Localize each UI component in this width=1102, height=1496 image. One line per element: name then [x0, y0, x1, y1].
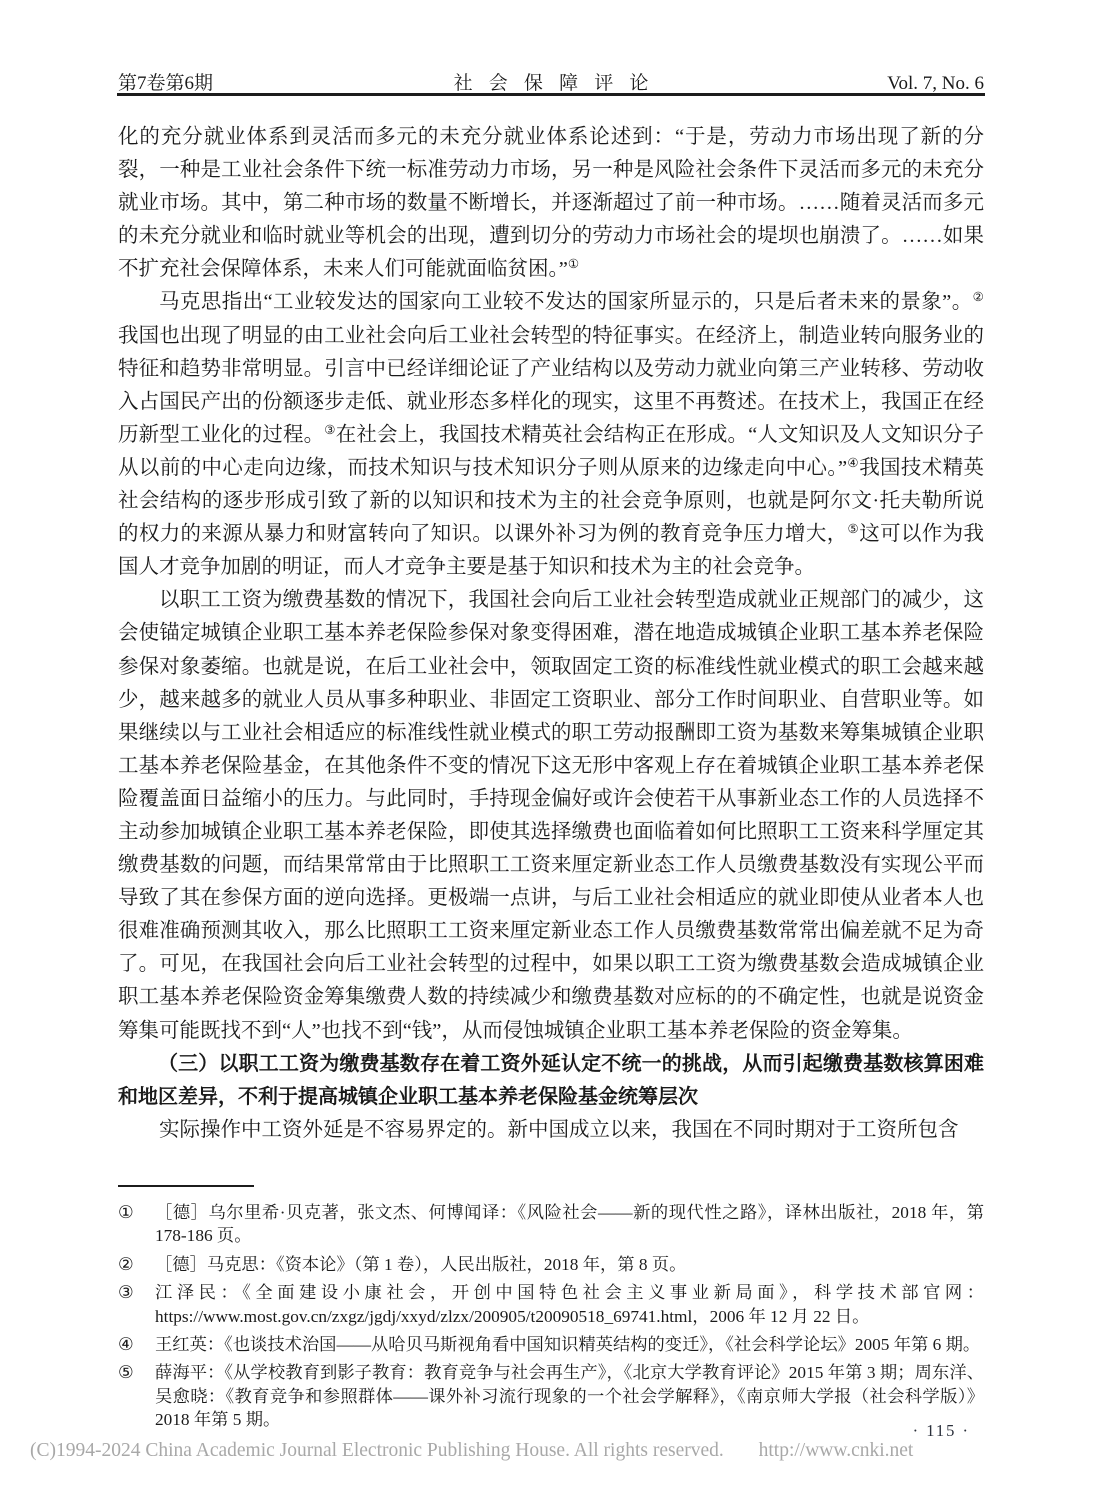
footnote-ref: ④	[847, 456, 859, 470]
footnote-text: 薛海平：《从学校教育到影子教育：教育竞争与社会再生产》，《北京大学教育评论》20…	[155, 1361, 984, 1431]
footnote-marker: ⑤	[118, 1361, 155, 1431]
journal-page: 第7卷第6期 社会保障评论 Vol. 7, No. 6 化的充分就业体系到灵活而…	[0, 0, 1102, 1496]
footnote-text: 王红英：《也谈技术治国——从哈贝马斯视角看中国知识精英结构的变迁》，《社会科学论…	[155, 1333, 984, 1356]
footnote-list: ①［德］乌尔里希·贝克著，张文杰、何博闻译：《风险社会——新的现代性之路》，译林…	[118, 1201, 984, 1432]
footnote: ③江泽民：《全面建设小康社会，开创中国特色社会主义事业新局面》，科学技术部官网：…	[118, 1281, 984, 1328]
copyright-url: http://www.cnki.net	[759, 1440, 914, 1461]
footnote-section: ①［德］乌尔里希·贝克著，张文杰、何博闻译：《风险社会——新的现代性之路》，译林…	[118, 1185, 984, 1437]
footnote-ref: ③	[324, 423, 336, 437]
paragraph: 马克思指出“工业较发达的国家向工业较不发达的国家所显示的，只是后者未来的景象”。…	[118, 286, 984, 584]
footnote-marker: ②	[118, 1253, 155, 1276]
paragraph-text: 化的充分就业体系到灵活而多元的未充分就业体系论述到：“于是，劳动力市场出现了新的…	[118, 126, 984, 280]
header-volume: Vol. 7, No. 6	[695, 73, 984, 95]
copyright-line: (C)1994-2024 China Academic Journal Elec…	[30, 1440, 913, 1462]
footnote: ⑤薛海平：《从学校教育到影子教育：教育竞争与社会再生产》，《北京大学教育评论》2…	[118, 1361, 984, 1431]
footnote-divider-rule	[118, 1185, 254, 1187]
footnote-ref: ①	[568, 257, 579, 271]
paragraph-text: 实际操作中工资外延是不容易界定的。新中国成立以来，我国在不同时期对于工资所包含	[159, 1119, 959, 1141]
paragraph: 实际操作中工资外延是不容易界定的。新中国成立以来，我国在不同时期对于工资所包含	[118, 1114, 984, 1147]
footnote-marker: ③	[118, 1281, 155, 1328]
page-number: · 115 ·	[913, 1421, 970, 1441]
header-divider-rule	[117, 93, 985, 96]
article-body: 化的充分就业体系到灵活而多元的未充分就业体系论述到：“于是，劳动力市场出现了新的…	[118, 121, 984, 1147]
footnote-ref: ②	[973, 290, 984, 304]
footnote-text: ［德］乌尔里希·贝克著，张文杰、何博闻译：《风险社会——新的现代性之路》，译林出…	[155, 1201, 984, 1248]
paragraph-text: 以职工工资为缴费基数的情况下，我国社会向后工业社会转型造成就业正规部门的减少，这…	[118, 589, 984, 1041]
footnote: ④王红英：《也谈技术治国——从哈贝马斯视角看中国知识精英结构的变迁》，《社会科学…	[118, 1333, 984, 1356]
header-journal-title: 社会保障评论	[407, 68, 696, 95]
paragraph: 化的充分就业体系到灵活而多元的未充分就业体系论述到：“于是，劳动力市场出现了新的…	[118, 121, 984, 286]
copyright-text: (C)1994-2024 China Academic Journal Elec…	[30, 1440, 724, 1461]
footnote: ②［德］马克思：《资本论》（第 1 卷），人民出版社，2018 年，第 8 页。	[118, 1253, 984, 1276]
page-header: 第7卷第6期 社会保障评论 Vol. 7, No. 6	[118, 68, 984, 95]
paragraph-text: （三）以职工工资为缴费基数存在着工资外延认定不统一的挑战，从而引起缴费基数核算困…	[118, 1053, 984, 1108]
footnote: ①［德］乌尔里希·贝克著，张文杰、何博闻译：《风险社会——新的现代性之路》，译林…	[118, 1201, 984, 1248]
footnote-text: 江泽民：《全面建设小康社会，开创中国特色社会主义事业新局面》，科学技术部官网：h…	[155, 1281, 984, 1328]
section-heading: （三）以职工工资为缴费基数存在着工资外延认定不统一的挑战，从而引起缴费基数核算困…	[118, 1048, 984, 1114]
paragraph: 以职工工资为缴费基数的情况下，我国社会向后工业社会转型造成就业正规部门的减少，这…	[118, 584, 984, 1047]
footnote-ref: ⑤	[848, 522, 860, 536]
footnote-marker: ④	[118, 1333, 155, 1356]
footnote-marker: ①	[118, 1201, 155, 1248]
footnote-text: ［德］马克思：《资本论》（第 1 卷），人民出版社，2018 年，第 8 页。	[155, 1253, 984, 1276]
paragraph-text: 马克思指出“工业较发达的国家向工业较不发达的国家所显示的，只是后者未来的景象”。	[159, 291, 973, 313]
header-issue: 第7卷第6期	[118, 68, 407, 95]
